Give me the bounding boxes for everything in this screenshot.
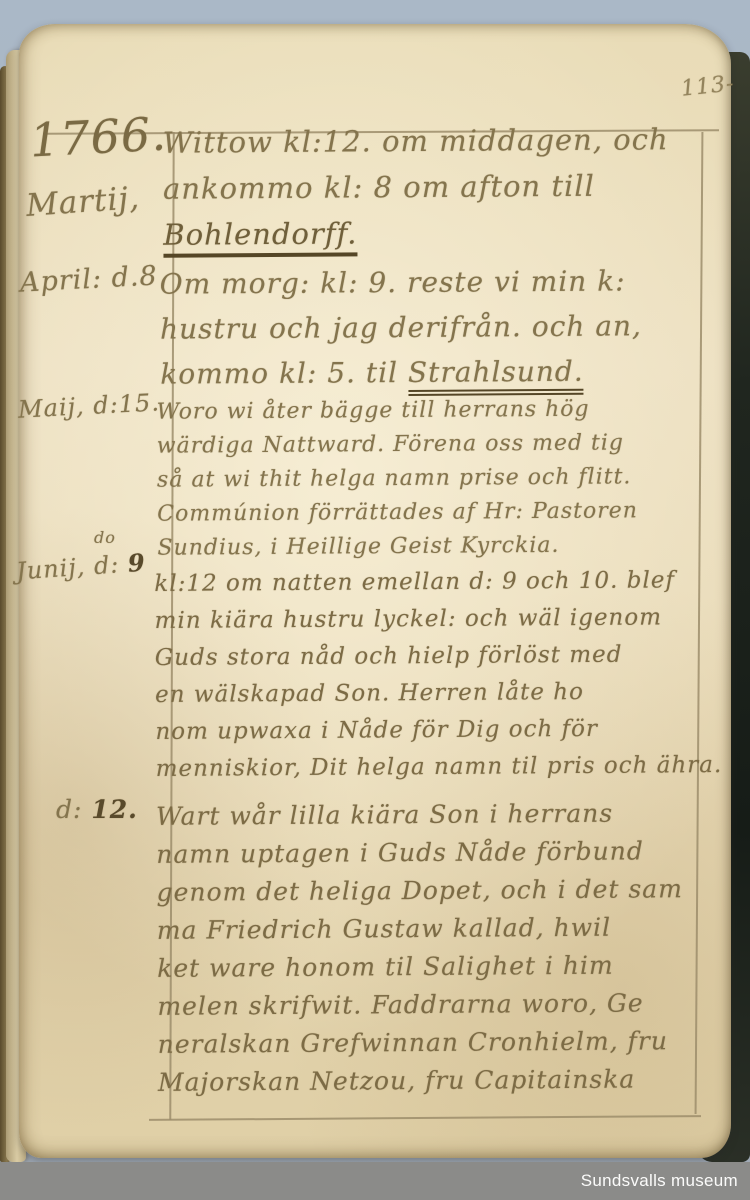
date-label-junij-day: 9 [127,548,147,578]
date-ditto-mark: do [94,528,116,547]
journal-line: min kiära hustru lyckel: och wäl igenom [154,599,721,640]
date-label-d12-prefix: d: [56,795,82,824]
journal-entry-maij: Woro wi åter bägge till herrans hög wärd… [156,392,638,565]
journal-line: Wart wår lilla kiära Son i herrans [156,794,683,836]
journal-line: Guds stora nåd och hielp förlöst med [155,636,722,677]
journal-line: Sundius, i Heillige Geist Kyrckia. [157,528,638,565]
journal-line: ma Friedrich Gustaw kallad, hwil [157,908,684,950]
journal-line: wärdiga Nattward. Förena oss med tig [157,426,638,463]
journal-line: kl:12 om natten emellan d: 9 och 10. ble… [154,562,721,603]
place-name-underlined: Strahlsund. [408,355,584,396]
journal-entry-junij-9: kl:12 om natten emellan d: 9 och 10. ble… [154,562,722,788]
journal-line: melen skrifwit. Faddrarna woro, Ge [157,984,684,1026]
manuscript-photo: 113- 1766. Martij, April: d.8 Maij, d:15… [0,0,750,1200]
watermark-bar: Sundsvalls museum [0,1162,750,1200]
journal-line: Commúnion förrättades af Hr: Pastoren [157,494,638,531]
journal-line: kommo kl: 5. til Strahlsund. [160,348,642,396]
date-label-d12: d: 12. [56,795,138,824]
journal-line: neralskan Grefwinnan Cronhielm, fru [158,1022,685,1064]
journal-line-prefix: kommo kl: 5. til [160,356,408,391]
journal-line: namn uptagen i Guds Nåde förbund [156,832,683,874]
journal-entry-april: Om morg: kl: 9. reste vi min k: hustru o… [160,258,643,396]
date-label-d12-day: 12. [91,795,138,824]
journal-line: Woro wi åter bägge till herrans hög [156,392,637,429]
journal-line: Om morg: kl: 9. reste vi min k: [160,258,642,306]
journal-line: ket ware honom til Salighet i him [157,946,684,988]
journal-line: genom det heliga Dopet, och i det sam [156,870,683,912]
journal-line: Majorskan Netzou, fru Capitainska [158,1060,685,1102]
journal-line: nom upwaxa i Nåde för Dig och för [155,710,722,751]
journal-line: ankommo kl: 8 om afton till [163,162,669,212]
journal-line: en wälskapad Son. Herren låte ho [155,673,722,714]
journal-entry-martij: Wittow kl:12. om middagen, och ankommo k… [163,116,670,258]
journal-line: Wittow kl:12. om middagen, och [163,116,669,166]
journal-entry-junij-12: Wart wår lilla kiära Son i herrans namn … [156,794,684,1102]
ruled-line-bottom [149,1115,701,1121]
place-name-underlined: Bohlendorff. [163,216,357,257]
journal-line: så at wi thit helga namn prise och flitt… [157,460,638,497]
museum-watermark: Sundsvalls museum [581,1171,738,1191]
journal-line: menniskior, Dit helga namn til pris och … [156,747,723,788]
year-heading: 1766. [29,106,168,167]
journal-line: hustru och jag derifrån. och an, [160,303,642,351]
